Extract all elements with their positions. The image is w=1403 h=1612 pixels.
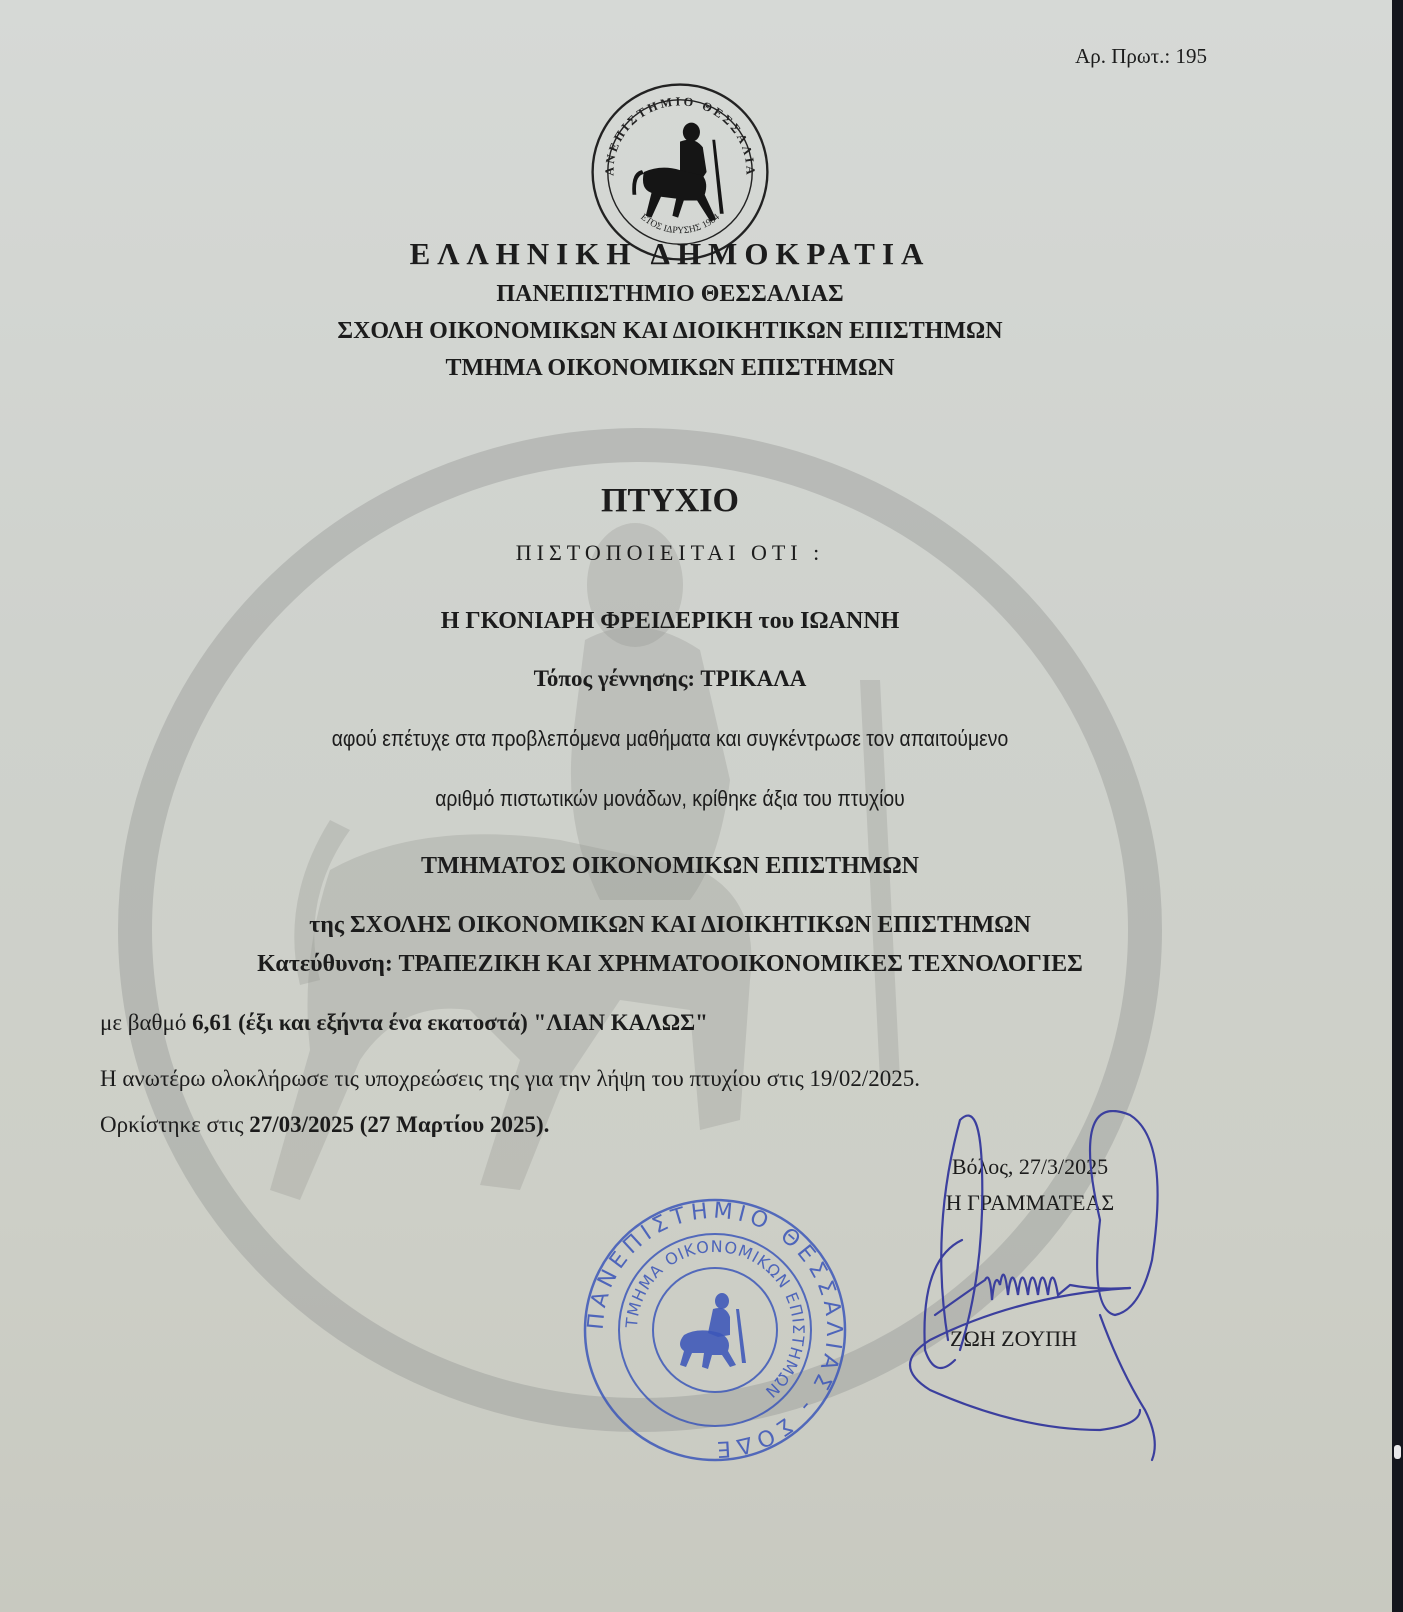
certifies-label: ΠΙΣΤΟΠΟΙΕΙΤΑΙ ΟΤΙ : — [0, 540, 1340, 566]
grade-prefix: με βαθμό — [100, 1010, 192, 1035]
document-title: ΠΤΥΧΙΟ — [0, 482, 1340, 520]
degree-department: ΤΜΗΜΑΤΟΣ ΟΙΚΟΝΟΜΙΚΩΝ ΕΠΙΣΤΗΜΩΝ — [0, 853, 1340, 880]
body-text-line-1: αφού επέτυχε στα προβλεπόμενα μαθήματα κ… — [80, 726, 1259, 752]
degree-school: της ΣΧΟΛΗΣ ΟΙΚΟΝΟΜΙΚΩΝ ΚΑΙ ΔΙΟΙΚΗΤΙΚΩΝ Ε… — [0, 912, 1340, 939]
department-heading: ΤΜΗΜΑ ΟΙΚΟΝΟΜΙΚΩΝ ΕΠΙΣΤΗΜΩΝ — [0, 355, 1340, 382]
protocol-number: Αρ. Πρωτ.: 195 — [1075, 44, 1207, 69]
republic-heading: ΕΛΛΗΝΙΚΗ ΔΗΜΟΚΡΑΤΙΑ — [0, 236, 1340, 272]
svg-text:ΠΑΝΕΠΙΣΤΗΜΙΟ ΘΕΣΣΑΛΙΑΣ: ΠΑΝΕΠΙΣΤΗΜΙΟ ΘΕΣΣΑΛΙΑΣ — [585, 77, 758, 178]
degree-track: Κατεύθυνση: ΤΡΑΠΕΖΙΚΗ ΚΑΙ ΧΡΗΜΑΤΟΟΙΚΟΝΟΜ… — [0, 951, 1340, 978]
oath-prefix: Ορκίστηκε στις — [100, 1112, 249, 1137]
school-heading: ΣΧΟΛΗ ΟΙΚΟΝΟΜΙΚΩΝ ΚΑΙ ΔΙΟΙΚΗΤΙΚΩΝ ΕΠΙΣΤΗ… — [0, 318, 1340, 345]
page-edge-background — [1392, 0, 1403, 1612]
university-heading: ΠΑΝΕΠΙΣΤΗΜΙΟ ΘΕΣΣΑΛΙΑΣ — [0, 281, 1340, 308]
handwritten-signature-icon — [900, 1110, 1170, 1470]
grade-line: με βαθμό 6,61 (έξι και εξήντα ένα εκατοσ… — [100, 1010, 708, 1036]
diploma-page: Αρ. Πρωτ.: 195 ΠΑΝΕΠΙΣΤΗΜΙΟ ΘΕΣΣΑΛΙΑΣ ΕΤ… — [0, 0, 1392, 1612]
department-stamp-icon: ΠΑΝΕΠΙΣΤΗΜΙΟ ΘΕΣΣΑΛΙΑΣ - ΣΟΔΕ ΤΜΗΜΑ ΟΙΚΟ… — [580, 1195, 850, 1465]
oath-line: Ορκίστηκε στις 27/03/2025 (27 Μαρτίου 20… — [100, 1112, 549, 1138]
body-text-line-2: αριθμό πιστωτικών μονάδων, κρίθηκε άξια … — [80, 786, 1259, 812]
birthplace: Τόπος γέννησης: ΤΡΙΚΑΛΑ — [0, 666, 1340, 692]
completion-line: Η ανωτέρω ολοκλήρωσε τις υποχρεώσεις της… — [100, 1066, 920, 1092]
oath-date: 27/03/2025 (27 Μαρτίου 2025). — [249, 1112, 549, 1137]
grade-value: 6,61 (έξι και εξήντα ένα εκατοστά) "ΛΙΑΝ… — [192, 1010, 708, 1035]
graduate-name: Η ΓΚΟΝΙΑΡΗ ΦΡΕΙΔΕΡΙΚΗ του ΙΩΑΝΝΗ — [0, 608, 1340, 635]
